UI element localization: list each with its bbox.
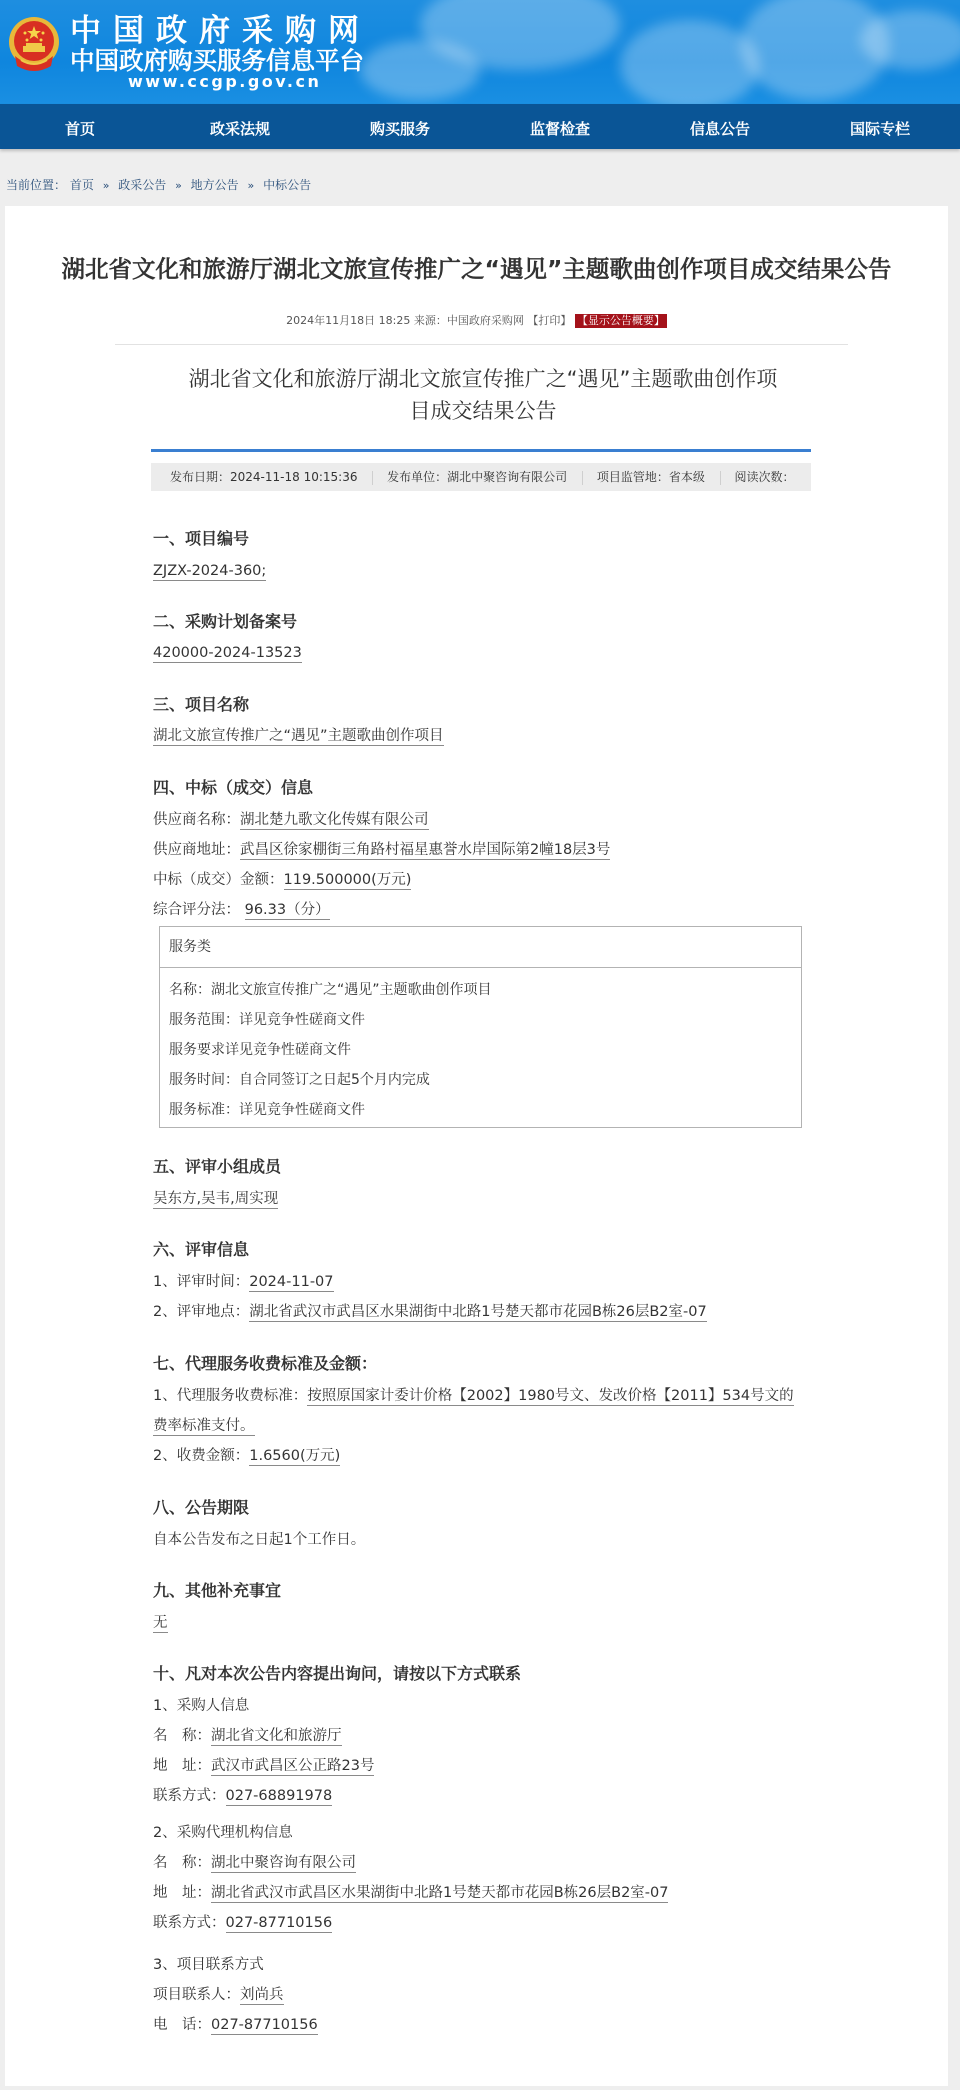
service-scope: 服务范围：详见竞争性磋商文件 <box>160 1005 801 1035</box>
fee-amount-row: 2、收费金额：1.6560(万元) <box>153 1446 340 1466</box>
breadcrumb-procurement-announcements[interactable]: 政采公告 <box>118 178 166 192</box>
project-phone: 027-87710156 <box>211 2017 318 2035</box>
agency-name-label: 名 称： <box>153 1855 211 1871</box>
panel-members: 吴东方,吴韦,周实现 <box>153 1189 278 1209</box>
service-info-table: 服务类 名称：湖北文旅宣传推广之“遇见”主题歌曲创作项目 服务范围：详见竞争性磋… <box>159 926 802 1128</box>
fee-standard-label: 1、代理服务收费标准： <box>153 1388 307 1404</box>
project-contact-person: 刘尚兵 <box>240 1987 284 2005</box>
fee-amount: 1.6560(万元) <box>249 1448 340 1466</box>
publisher-label: 发布单位： <box>387 470 447 484</box>
platform-name: 中国政府购买服务信息平台 <box>70 48 364 74</box>
breadcrumb-award-announcements[interactable]: 中标公告 <box>263 178 311 192</box>
document-title: 湖北省文化和旅游厅湖北文旅宣传推广之“遇见”主题歌曲创作项 目成交结果公告 <box>153 363 813 427</box>
divider <box>372 471 373 485</box>
agency-address: 湖北省武汉市武昌区水果湖街中北路1号楚天都市花园B栋26层B2室-07 <box>211 1885 668 1903</box>
purchaser-name-label: 名 称： <box>153 1728 211 1744</box>
supplier-address-row: 供应商地址：武昌区徐家棚街三角路村福星惠誉水岸国际第2幢18层3号 <box>153 840 610 860</box>
section-heading-plan-number: 二、采购计划备案号 <box>153 612 297 632</box>
supplier-name: 湖北楚九歌文化传媒有限公司 <box>240 812 429 830</box>
section-heading-project-name: 三、项目名称 <box>153 695 249 715</box>
notice-period: 自本公告发布之日起1个工作日。 <box>153 1530 365 1550</box>
supplier-name-label: 供应商名称： <box>153 812 240 828</box>
breadcrumb-prefix: 当前位置： <box>6 178 66 192</box>
agency-address-label: 地 址： <box>153 1885 211 1901</box>
breadcrumb-home[interactable]: 首页 <box>70 178 94 192</box>
divider <box>582 471 583 485</box>
score-label: 综合评分法： <box>153 902 240 918</box>
article-meta: 2024年11月18日 18:25 来源：中国政府采购网 【打印】 【显示公告概… <box>0 314 953 328</box>
score: 96.33（分） <box>245 902 330 920</box>
plan-number-value: 420000-2024-13523 <box>153 645 302 663</box>
purchaser-address: 武汉市武昌区公正路23号 <box>211 1758 374 1776</box>
supplier-name-row: 供应商名称：湖北楚九歌文化传媒有限公司 <box>153 810 429 830</box>
review-time-label: 1、评审时间： <box>153 1274 249 1290</box>
award-amount: 119.500000(万元) <box>284 872 412 890</box>
section-heading-other-matters: 九、其他补充事宜 <box>153 1581 281 1601</box>
nav-item-home[interactable]: 首页 <box>0 104 160 149</box>
review-time-row: 1、评审时间：2024-11-07 <box>153 1272 334 1292</box>
fee-standard: 按照原国家计委计价格【2002】1980号文、发改价格【2011】534号文的 <box>307 1388 793 1406</box>
main-nav: 首页 政采法规 购买服务 监督检查 信息公告 国际专栏 <box>0 104 960 149</box>
breadcrumb-separator: » <box>248 179 255 192</box>
award-amount-label: 中标（成交）金额： <box>153 872 284 888</box>
agency-contact: 027-87710156 <box>226 1915 333 1933</box>
purchaser-info-title: 1、采购人信息 <box>153 1696 249 1716</box>
publish-date-label: 发布日期： <box>170 470 230 484</box>
project-name-value: 湖北文旅宣传推广之“遇见”主题歌曲创作项目 <box>153 728 444 746</box>
project-number-value: ZJZX-2024-360; <box>153 563 266 581</box>
source-label: 来源： <box>414 314 447 327</box>
publish-info-bar: 发布日期：2024-11-18 10:15:36 发布单位：湖北中聚咨询有限公司… <box>151 463 811 491</box>
other-matters-value: 无 <box>153 1615 168 1633</box>
service-name: 名称：湖北文旅宣传推广之“遇见”主题歌曲创作项目 <box>160 975 801 1005</box>
publisher: 湖北中聚咨询有限公司 <box>447 470 567 484</box>
plan-number: 420000-2024-13523 <box>153 643 302 663</box>
print-link[interactable]: 【打印】 <box>527 314 571 327</box>
agency-name: 湖北中聚咨询有限公司 <box>211 1855 356 1873</box>
divider <box>115 344 848 345</box>
region-label: 项目监管地： <box>597 470 669 484</box>
supplier-address: 武昌区徐家棚街三角路村福星惠誉水岸国际第2幢18层3号 <box>240 842 610 860</box>
divider <box>720 471 721 485</box>
agency-contact-row: 联系方式：027-87710156 <box>153 1913 332 1933</box>
section-heading-panel-members: 五、评审小组成员 <box>153 1157 281 1177</box>
review-place-row: 2、评审地点：湖北省武汉市武昌区水果湖街中北路1号楚天都市花园B栋26层B2室-… <box>153 1302 707 1322</box>
review-place: 湖北省武汉市武昌区水果湖街中北路1号楚天都市花园B栋26层B2室-07 <box>249 1304 706 1322</box>
service-category-header: 服务类 <box>160 927 801 968</box>
fee-standard-row: 1、代理服务收费标准：按照原国家计委计价格【2002】1980号文、发改价格【2… <box>153 1386 794 1406</box>
document-title-line2: 目成交结果公告 <box>153 395 813 427</box>
section-heading-contact: 十、凡对本次公告内容提出询问，请按以下方式联系 <box>153 1664 521 1684</box>
breadcrumb: 当前位置： 首页 » 政采公告 » 地方公告 » 中标公告 <box>6 177 311 194</box>
site-header: 中国政府采购网 中国政府购买服务信息平台 www.ccgp.gov.cn <box>0 0 960 104</box>
review-place-label: 2、评审地点： <box>153 1304 249 1320</box>
purchaser-contact-row: 联系方式：027-68891978 <box>153 1786 332 1806</box>
panel-members-value: 吴东方,吴韦,周实现 <box>153 1191 278 1209</box>
document-title-line1: 湖北省文化和旅游厅湖北文旅宣传推广之“遇见”主题歌曲创作项 <box>153 363 813 395</box>
project-number: ZJZX-2024-360; <box>153 561 266 581</box>
project-contact-person-row: 项目联系人：刘尚兵 <box>153 1985 284 2005</box>
agency-name-row: 名 称：湖北中聚咨询有限公司 <box>153 1853 356 1873</box>
nav-item-purchase-services[interactable]: 购买服务 <box>320 104 480 149</box>
accent-bar <box>151 449 811 452</box>
fee-standard-row-cont: 费率标准支付。 <box>153 1416 255 1436</box>
service-time: 服务时间：自合同签订之日起5个月内完成 <box>160 1065 801 1095</box>
site-url: www.ccgp.gov.cn <box>128 73 321 91</box>
section-heading-award-info: 四、中标（成交）信息 <box>153 778 313 798</box>
section-heading-review-info: 六、评审信息 <box>153 1240 249 1260</box>
reads-label: 阅读次数： <box>735 470 795 484</box>
purchaser-name-row: 名 称：湖北省文化和旅游厅 <box>153 1726 342 1746</box>
nav-item-supervision[interactable]: 监督检查 <box>480 104 640 149</box>
project-phone-label: 电 话： <box>153 2017 211 2033</box>
agency-address-row: 地 址：湖北省武汉市武昌区水果湖街中北路1号楚天都市花园B栋26层B2室-07 <box>153 1883 668 1903</box>
section-heading-agency-fee: 七、代理服务收费标准及金额： <box>153 1354 377 1374</box>
purchaser-contact: 027-68891978 <box>226 1788 333 1806</box>
national-emblem-icon <box>7 16 61 76</box>
other-matters: 无 <box>153 1613 168 1633</box>
publish-date: 2024-11-18 10:15:36 <box>230 470 357 484</box>
region: 省本级 <box>669 470 705 484</box>
breadcrumb-separator: » <box>175 179 182 192</box>
award-amount-row: 中标（成交）金额：119.500000(万元) <box>153 870 411 890</box>
breadcrumb-separator: » <box>103 179 110 192</box>
purchaser-contact-label: 联系方式： <box>153 1788 226 1804</box>
purchaser-address-label: 地 址： <box>153 1758 211 1774</box>
article-date: 2024年11月18日 18:25 <box>286 314 410 327</box>
supplier-address-label: 供应商地址： <box>153 842 240 858</box>
breadcrumb-local-announcements[interactable]: 地方公告 <box>191 178 239 192</box>
page-title: 湖北省文化和旅游厅湖北文旅宣传推广之“遇见”主题歌曲创作项目成交结果公告 <box>0 254 953 284</box>
section-heading-notice-period: 八、公告期限 <box>153 1498 249 1518</box>
service-standard: 服务标准：详见竞争性磋商文件 <box>160 1095 801 1125</box>
fee-amount-label: 2、收费金额： <box>153 1448 249 1464</box>
agency-info-title: 2、采购代理机构信息 <box>153 1823 293 1843</box>
purchaser-name: 湖北省文化和旅游厅 <box>211 1728 342 1746</box>
purchaser-address-row: 地 址：武汉市武昌区公正路23号 <box>153 1756 374 1776</box>
fee-standard-cont: 费率标准支付。 <box>153 1418 255 1436</box>
score-row: 综合评分法： 96.33（分） <box>153 900 330 920</box>
service-requirements: 服务要求详见竞争性磋商文件 <box>160 1035 801 1065</box>
show-summary-button[interactable]: 【显示公告概要】 <box>575 314 667 328</box>
project-contact-title: 3、项目联系方式 <box>153 1955 264 1975</box>
nav-item-announcements[interactable]: 信息公告 <box>640 104 800 149</box>
project-contact-person-label: 项目联系人： <box>153 1987 240 2003</box>
project-name: 湖北文旅宣传推广之“遇见”主题歌曲创作项目 <box>153 726 444 746</box>
review-time: 2024-11-07 <box>249 1274 333 1292</box>
project-phone-row: 电 话：027-87710156 <box>153 2015 318 2035</box>
agency-contact-label: 联系方式： <box>153 1915 226 1931</box>
section-heading-project-number: 一、项目编号 <box>153 529 249 549</box>
nav-item-international[interactable]: 国际专栏 <box>800 104 960 149</box>
site-name: 中国政府采购网 <box>70 14 371 48</box>
article-source: 中国政府采购网 <box>447 314 524 327</box>
nav-item-regulations[interactable]: 政采法规 <box>160 104 320 149</box>
